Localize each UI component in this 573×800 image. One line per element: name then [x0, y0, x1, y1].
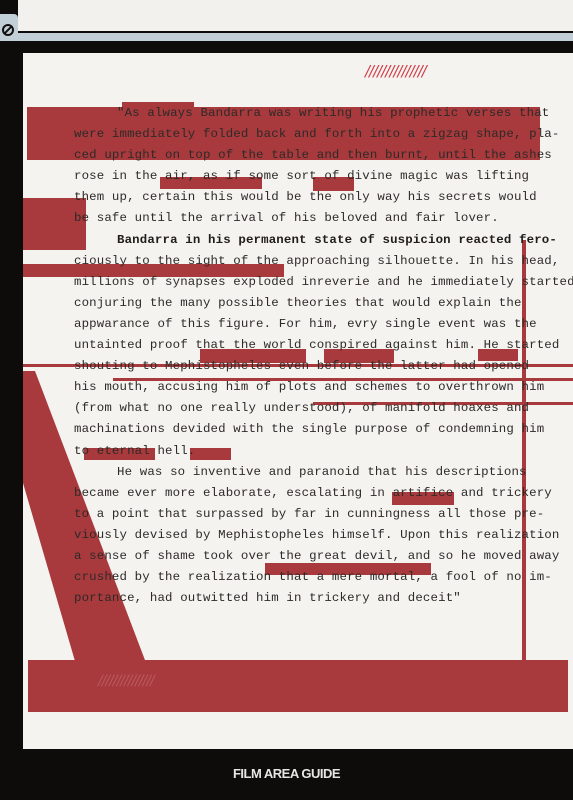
- text-line: ciously to the sight of the approaching …: [74, 251, 544, 272]
- text-line: millions of synapses exploded inreverie …: [74, 272, 544, 293]
- film-area-caption: FILM AREA GUIDE: [0, 766, 573, 781]
- text-line: machinations devided with the single pur…: [74, 419, 544, 440]
- text-line: his mouth, accusing him of plots and sch…: [74, 377, 544, 398]
- text-line: He was so inventive and paranoid that hi…: [74, 462, 544, 483]
- film-guide-line: [18, 31, 573, 33]
- text-line: rose in the air, as if some sort of divi…: [74, 166, 544, 187]
- text-line: them up, certain this would be the only …: [74, 187, 544, 208]
- film-frame-border-left: [0, 53, 23, 749]
- text-line: ced upright on top of the table and then…: [74, 145, 544, 166]
- text-line: untainted proof that the world conspired…: [74, 335, 544, 356]
- film-frame-border-top: [0, 41, 573, 52]
- text-line: crushed by the realization that a mere m…: [74, 567, 544, 588]
- text-line: to eternal hell.: [74, 441, 544, 462]
- text-line: viously devised by Mephistopheles himsel…: [74, 525, 544, 546]
- text-line: "As always Bandarra was writing his prop…: [74, 103, 544, 124]
- document-page: /////////////// /////////////// "As alwa…: [23, 53, 573, 749]
- text-line: Bandarra in his permanent state of suspi…: [74, 230, 544, 251]
- text-line: were immediately folded back and forth i…: [74, 124, 544, 145]
- text-line: portance, had outwitted him in trickery …: [74, 588, 544, 609]
- text-line: appwarance of this figure. For him, evry…: [74, 314, 544, 335]
- text-line: to a point that surpassed by far in cunn…: [74, 504, 544, 525]
- document-body: "As always Bandarra was writing his prop…: [74, 103, 544, 609]
- text-line: conjuring the many possible theories tha…: [74, 293, 544, 314]
- text-line: shouting to Mephistopheles even before t…: [74, 356, 544, 377]
- hatch-marks-bottom: ///////////////: [98, 673, 228, 687]
- text-line: became ever more elaborate, escalating i…: [74, 483, 544, 504]
- text-line: (from what no one really understood), of…: [74, 398, 544, 419]
- text-line: be safe until the arrival of his beloved…: [74, 208, 544, 229]
- film-strip-top: [18, 0, 573, 31]
- text-line: a sense of shame took over the great dev…: [74, 546, 544, 567]
- no-entry-icon: [2, 24, 14, 36]
